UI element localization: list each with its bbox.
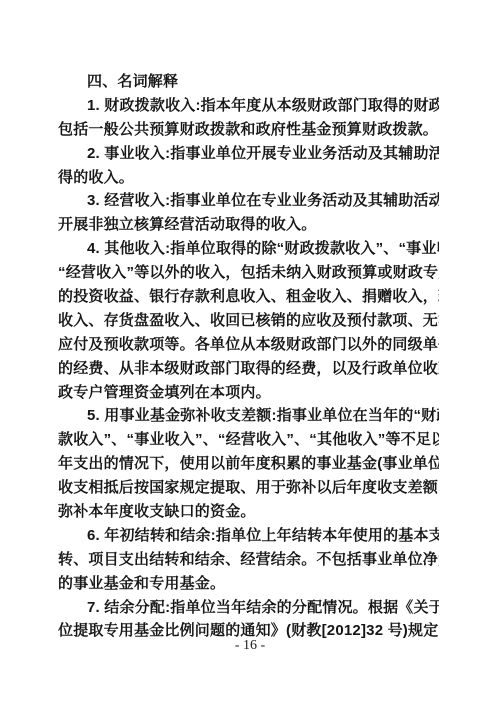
text-line: 6. 年初结转和结余:指单位上年结转本年使用的基本支出结	[58, 524, 439, 548]
text-line: 收入、存货盘盈收入、收回已核销的应收及预付款项、无法偿付的	[58, 309, 439, 333]
text-line: 7. 结余分配:指单位当年结余的分配情况。根据《关于事业单	[58, 596, 439, 620]
text-line: 转、项目支出结转和结余、经营结余。不包括事业单位净资产项下	[58, 548, 439, 572]
text-line: 年支出的情况下，使用以前年度积累的事业基金(事业单位当年	[58, 452, 439, 476]
text-line: 5. 用事业基金弥补收支差额:指事业单位在当年的“财政拨	[58, 404, 439, 428]
text-line: 的经费、从非本级财政部门取得的经费，以及行政单位收到的财	[58, 357, 439, 381]
text-line: 1. 财政拨款收入:指本年度从本级财政部门取得的财政拨款，	[58, 94, 439, 118]
text-line: 应付及预收款项等。各单位从本级财政部门以外的同级单位取得	[58, 333, 439, 357]
text-line: 弥补本年度收支缺口的资金。	[58, 500, 439, 524]
text-line: 得的收入。	[58, 166, 439, 190]
text-line: 2. 事业收入:指事业单位开展专业业务活动及其辅助活动取	[58, 142, 439, 166]
section-title: 四、名词解释	[58, 70, 439, 94]
text-line: 开展非独立核算经营活动取得的收入。	[58, 213, 439, 237]
page-number: - 16 -	[0, 638, 500, 654]
text-line: 包括一般公共预算财政拨款和政府性基金预算财政拨款。	[58, 118, 439, 142]
text-line: 收支相抵后按国家规定提取、用于弥补以后年度收支差额的基金)	[58, 476, 439, 500]
text-line: 3. 经营收入:指事业单位在专业业务活动及其辅助活动之外	[58, 189, 439, 213]
text-line: 4. 其他收入:指单位取得的除“财政拨款收入”、“事业收入”、	[58, 237, 439, 261]
text-line: 政专户管理资金填列在本项内。	[58, 381, 439, 405]
text-line: 的投资收益、银行存款利息收入、租金收入、捐赠收入，现金盘盈	[58, 285, 439, 309]
text-line: 款收入”、“事业收入”、“经营收入”、“其他收入”等不足以安排当	[58, 428, 439, 452]
text-line: “经营收入”等以外的收入，包括未纳入财政预算或财政专户管理	[58, 261, 439, 285]
document-page: 四、名词解释 1. 财政拨款收入:指本年度从本级财政部门取得的财政拨款， 包括一…	[0, 0, 500, 707]
text-line: 的事业基金和专用基金。	[58, 572, 439, 596]
body-text: 四、名词解释 1. 财政拨款收入:指本年度从本级财政部门取得的财政拨款， 包括一…	[58, 70, 439, 643]
